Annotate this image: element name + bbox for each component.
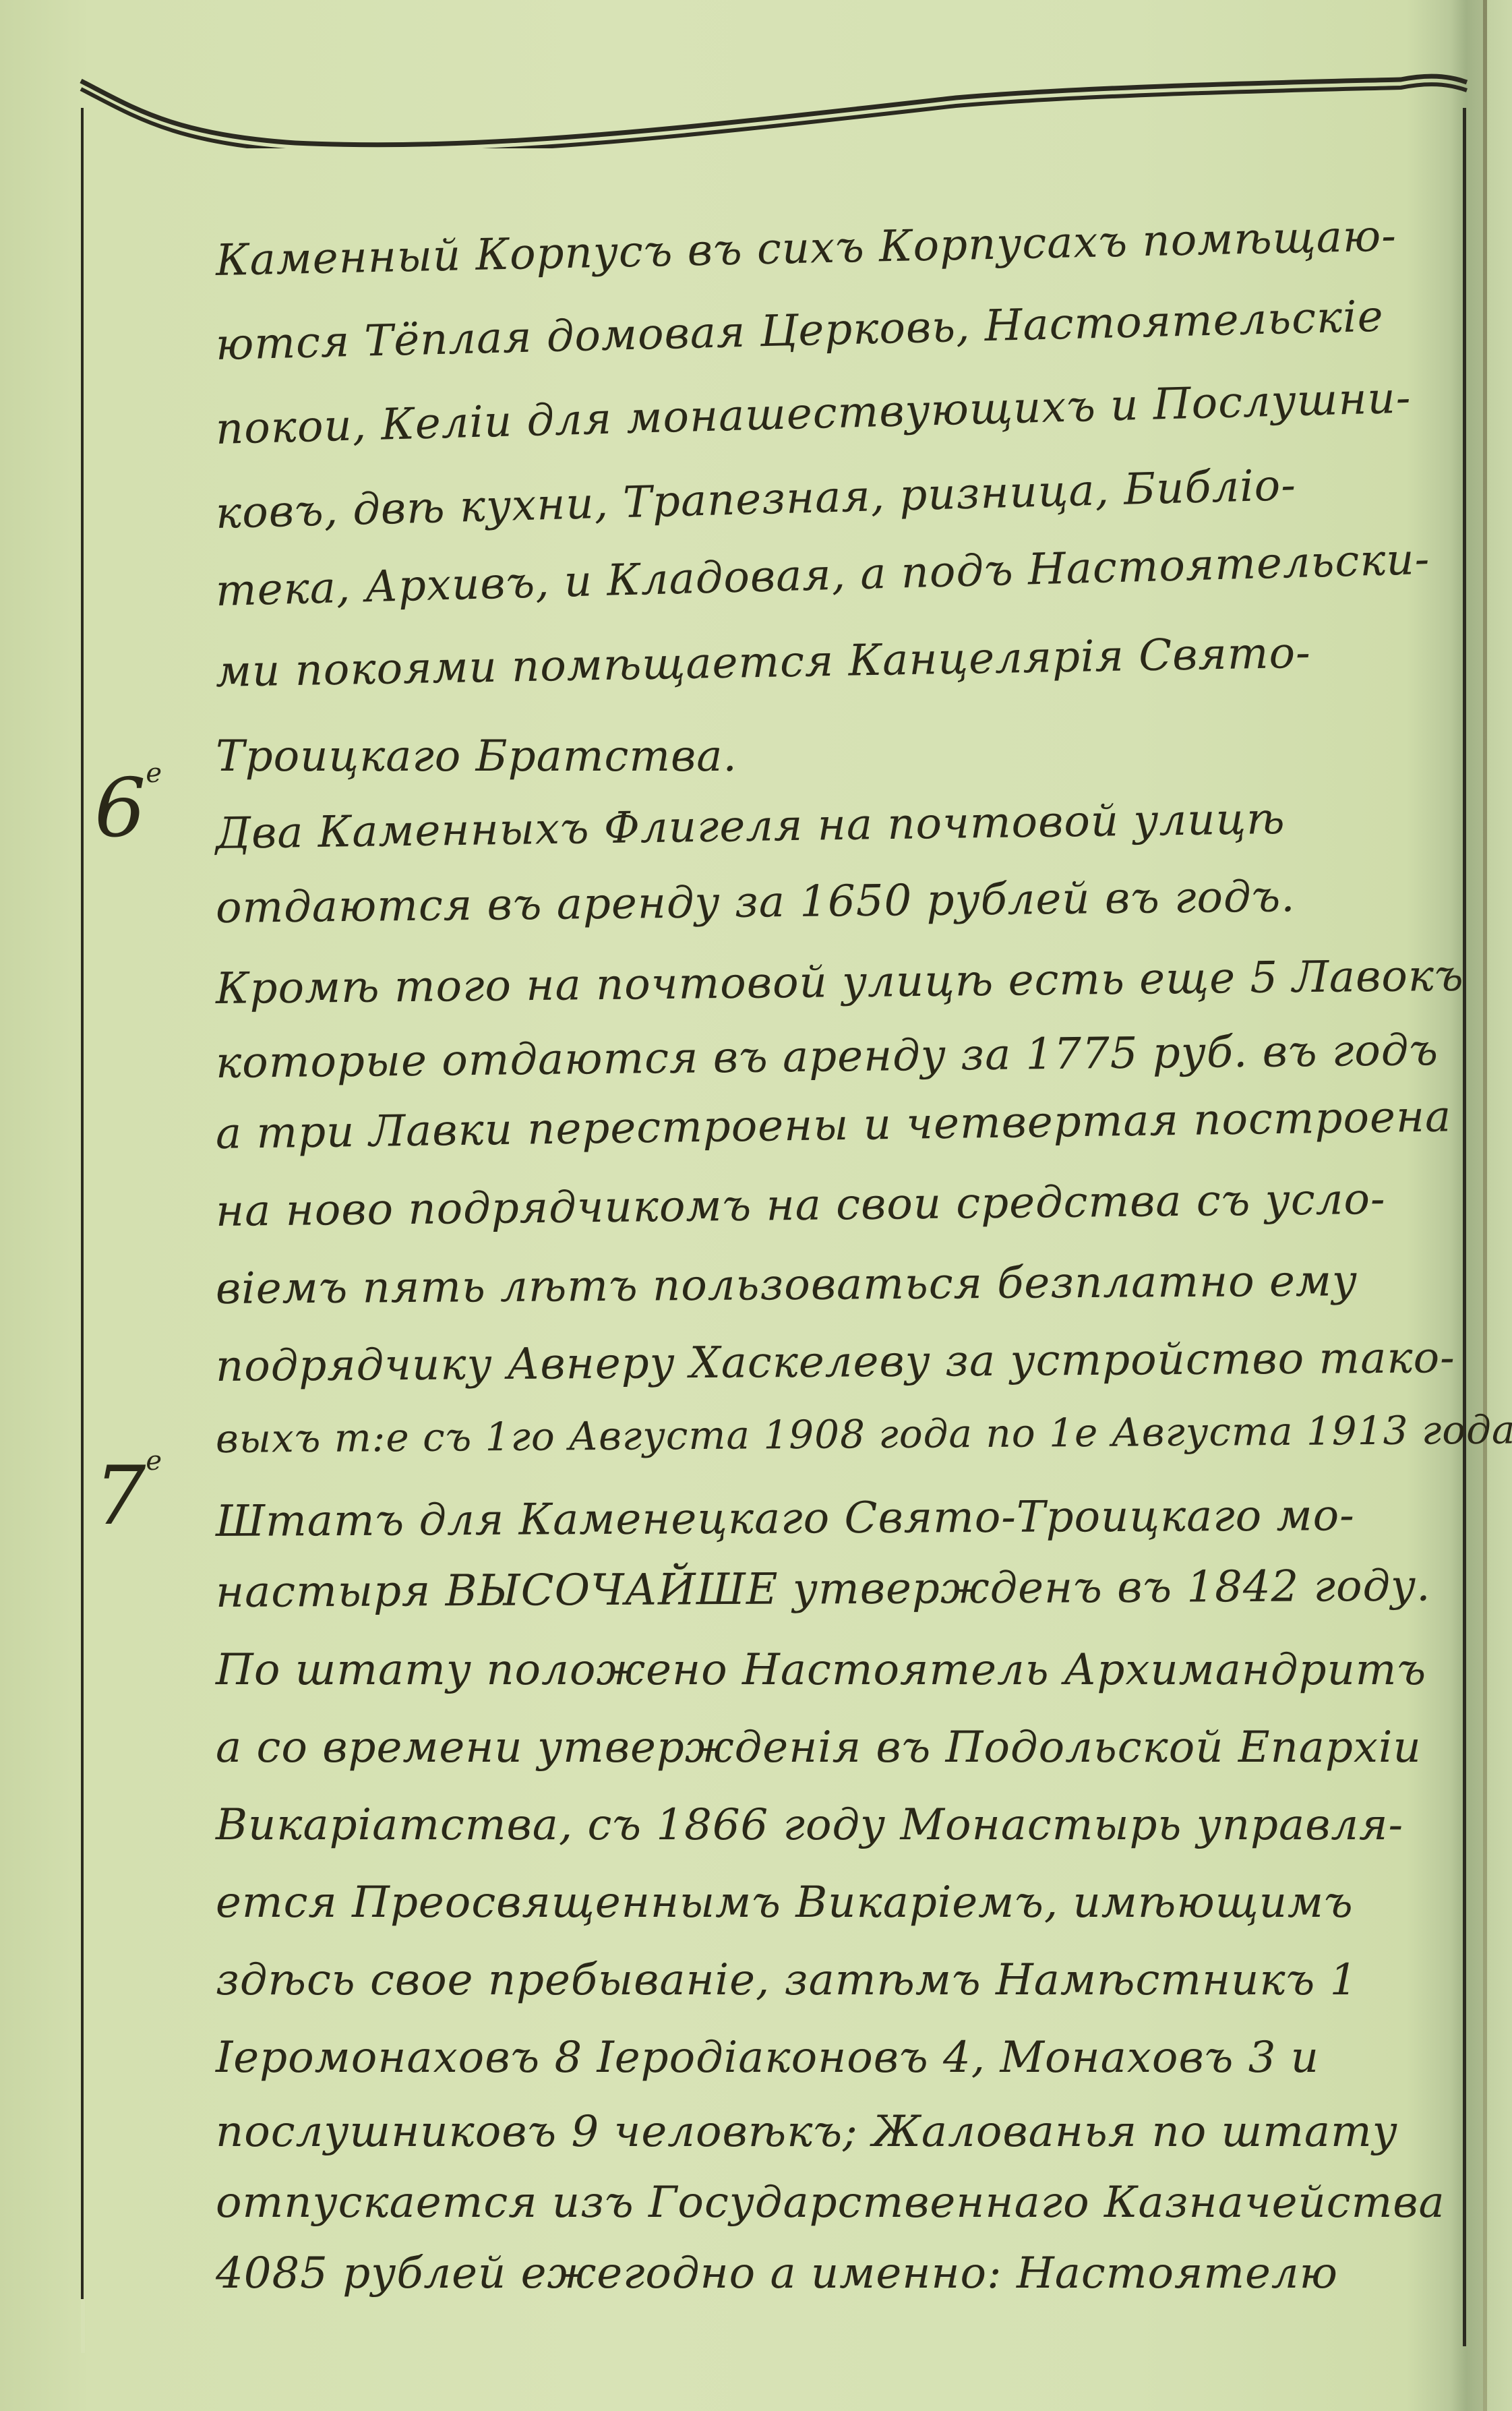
- text-line: Викаріатства, съ 1866 году Монастырь упр…: [216, 1800, 1403, 1850]
- text-line: 4085 рублей ежегодно а именно: Настоятел…: [216, 2249, 1338, 2298]
- section-number-6: 6е: [94, 762, 162, 856]
- text-line: ется Преосвященнымъ Викаріемъ, имѣющимъ: [216, 1878, 1354, 1928]
- text-line: послушниковъ 9 человѣкъ; Жалованья по шт…: [216, 2107, 1398, 2157]
- text-line: віемъ пять лѣтъ пользоваться безплатно е…: [216, 1256, 1358, 1314]
- text-line: настыря ВЫСОЧАЙШЕ утвержденъ въ 1842 год…: [216, 1561, 1431, 1617]
- frame-gap: [81, 2299, 85, 2353]
- section-number-value: 6: [94, 762, 146, 856]
- text-line: подрядчику Авнеру Хаскелеву за устройств…: [216, 1333, 1455, 1392]
- text-line: а со времени утвержденія въ Подольской Е…: [216, 1723, 1422, 1773]
- section-number-suffix: е: [146, 1446, 162, 1477]
- section-number-value: 7: [94, 1450, 146, 1543]
- text-line: отпускается изъ Государственнаго Казначе…: [216, 2178, 1445, 2228]
- text-line: Штатъ для Каменецкаго Свято-Троицкаго мо…: [216, 1491, 1355, 1547]
- section-number-7: 7е: [94, 1450, 162, 1543]
- text-line: По штату положено Настоятель Архимандрит…: [216, 1645, 1426, 1695]
- page-edge: [1483, 0, 1487, 2411]
- section-number-suffix: е: [146, 758, 162, 789]
- text-line: выхъ т:е съ 1го Августа 1908 года по 1е …: [216, 1406, 1512, 1462]
- text-line: здѣсь свое пребываніе, затѣмъ Намѣстникъ…: [216, 1955, 1358, 2005]
- text-line: Іеромонаховъ 8 Іеродіаконовъ 4, Монаховъ…: [216, 2033, 1319, 2083]
- text-line: Троицкаго Братства.: [216, 732, 737, 781]
